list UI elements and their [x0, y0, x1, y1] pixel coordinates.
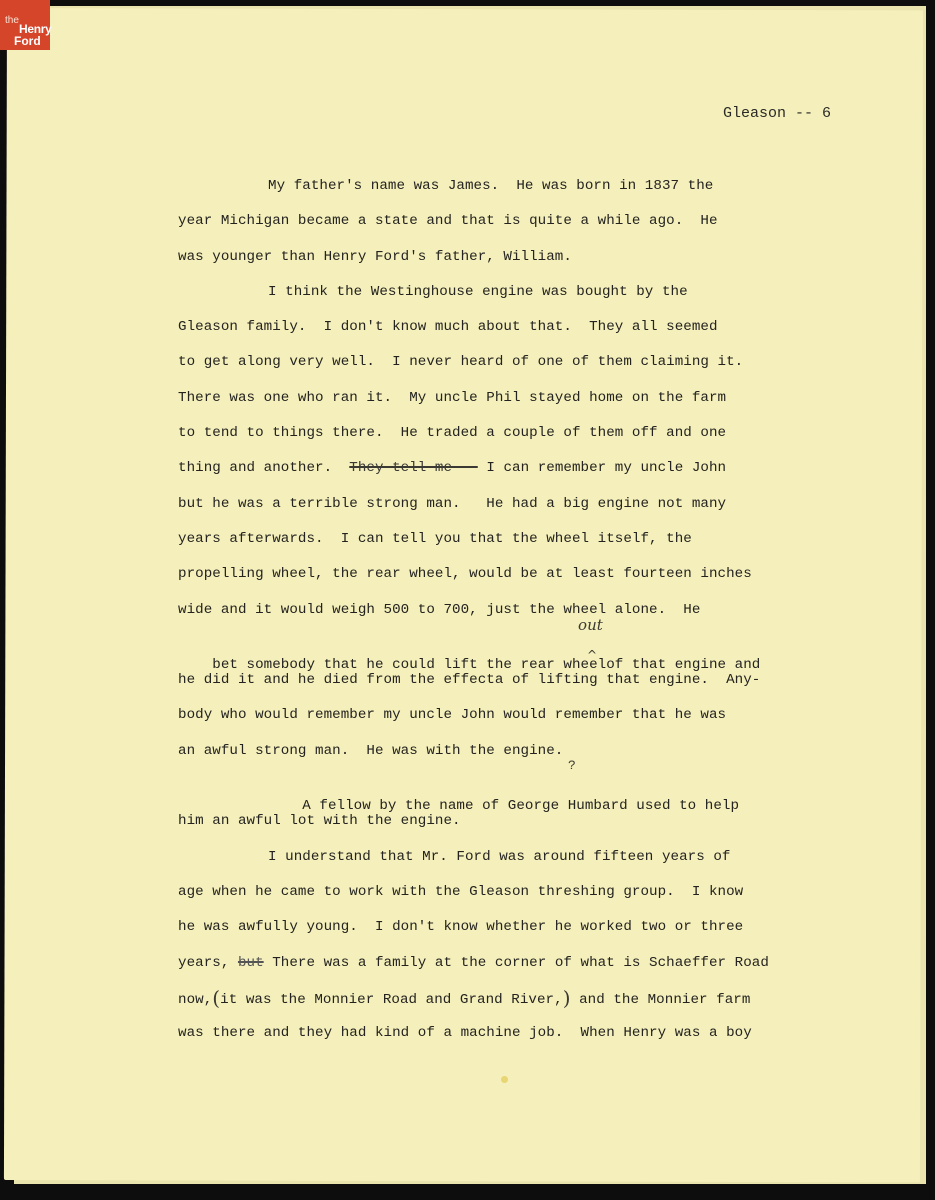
- running-head: Gleason -- 6: [723, 105, 831, 122]
- text-line: he did it and he died from the effecta o…: [178, 670, 818, 705]
- text-line: bet somebody that he could lift the rear…: [178, 635, 818, 670]
- paper-stain: [501, 1076, 508, 1083]
- text-line: years afterwards. I can tell you that th…: [178, 529, 818, 564]
- text-line: to get along very well. I never heard of…: [178, 352, 818, 387]
- text-line: now,(it was the Monnier Road and Grand R…: [178, 988, 818, 1023]
- text-line: an awful strong man. He was with the eng…: [178, 741, 818, 776]
- insertion-caret: ^: [587, 645, 597, 665]
- henry-ford-logo: the Henry Ford: [0, 0, 50, 50]
- text-line: My father's name was James. He was born …: [178, 176, 818, 211]
- handwritten-insertion: out: [578, 615, 603, 635]
- struck-text: They tell me --: [349, 460, 477, 476]
- text-line: thing and another. They tell me -- I can…: [178, 458, 818, 493]
- text-line: age when he came to work with the Gleaso…: [178, 882, 818, 917]
- logo-ford: Ford: [14, 35, 41, 47]
- text-line: but he was a terrible strong man. He had…: [178, 494, 818, 529]
- text-line: Gleason family. I don't know much about …: [178, 317, 818, 352]
- text-line: I think the Westinghouse engine was boug…: [178, 282, 818, 317]
- text-line: I understand that Mr. Ford was around fi…: [178, 847, 818, 882]
- text-line: him an awful lot with the engine.: [178, 811, 818, 846]
- text-line: year Michigan became a state and that is…: [178, 211, 818, 246]
- handwritten-paren: (: [212, 986, 220, 1010]
- handwritten-paren: ): [563, 986, 571, 1010]
- logo-the: the: [5, 16, 19, 26]
- text-line: A fellow by the name of George Humbard u…: [178, 776, 818, 811]
- query-mark: ?: [568, 756, 576, 776]
- transcript-body: My father's name was James. He was born …: [178, 176, 818, 1058]
- text-line: he was awfully young. I don't know wheth…: [178, 917, 818, 952]
- struck-text: but: [238, 955, 264, 971]
- text-line: There was one who ran it. My uncle Phil …: [178, 388, 818, 423]
- text-line: was younger than Henry Ford's father, Wi…: [178, 247, 818, 282]
- text-line: was there and they had kind of a machine…: [178, 1023, 818, 1058]
- text-line: wide and it would weigh 500 to 700, just…: [178, 600, 818, 635]
- text-line: body who would remember my uncle John wo…: [178, 705, 818, 740]
- text-line: years, but There was a family at the cor…: [178, 953, 818, 988]
- text-line: to tend to things there. He traded a cou…: [178, 423, 818, 458]
- text-line: propelling wheel, the rear wheel, would …: [178, 564, 818, 599]
